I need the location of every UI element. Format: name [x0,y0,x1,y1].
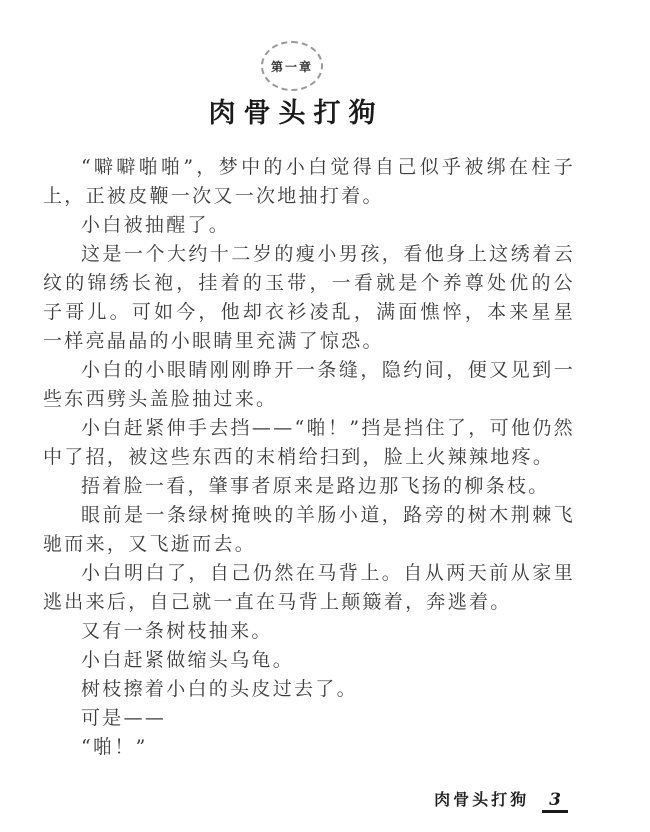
paragraph: 小白赶紧伸手去挡——“啪！”挡是挡住了，可他仍然中了招，被这些东西的末梢给扫到，… [43,414,575,472]
paragraph: 眼前是一条绿树掩映的羊肠小道，路旁的树木荆棘飞驰而来，又飞逝而去。 [43,501,575,559]
paragraph: 小白赶紧做缩头乌龟。 [43,646,575,675]
chapter-badge-label: 第一章 [271,58,313,75]
paragraph: 捂着脸一看，肇事者原来是路边那飞扬的柳条枝。 [43,472,575,501]
book-page: 第一章 肉骨头打狗 “噼噼啪啪”，梦中的小白觉得自己似乎被绑在柱子上，正被皮鞭一… [0,0,650,832]
page-footer: 肉骨头打狗 3 [434,787,568,813]
paragraph: 小白被抽醒了。 [43,211,575,240]
paragraph: 可是—— [43,704,575,733]
footer-running-title: 肉骨头打狗 [434,787,529,810]
chapter-header: 第一章 肉骨头打狗 [0,0,584,129]
footer-page-number: 3 [542,792,568,813]
chapter-badge: 第一章 [261,41,323,91]
paragraph: 又有一条树枝抽来。 [43,617,575,646]
paragraph: “啪！” [43,733,575,762]
body-text: “噼噼啪啪”，梦中的小白觉得自己似乎被绑在柱子上，正被皮鞭一次又一次地抽打着。小… [43,153,575,762]
paragraph: 小白明白了，自己仍然在马背上。自从两天前从家里逃出来后，自己就一直在马背上颠簸着… [43,559,575,617]
paragraph: 树枝擦着小白的头皮过去了。 [43,675,575,704]
paragraph: 这是一个大约十二岁的瘦小男孩，看他身上这绣着云纹的锦绣长袍，挂着的玉带，一看就是… [43,240,575,356]
paragraph: 小白的小眼睛刚刚睁开一条缝，隐约间，便又见到一些东西劈头盖脸抽过来。 [43,356,575,414]
paragraph: “噼噼啪啪”，梦中的小白觉得自己似乎被绑在柱子上，正被皮鞭一次又一次地抽打着。 [43,153,575,211]
chapter-title: 肉骨头打狗 [0,99,584,129]
